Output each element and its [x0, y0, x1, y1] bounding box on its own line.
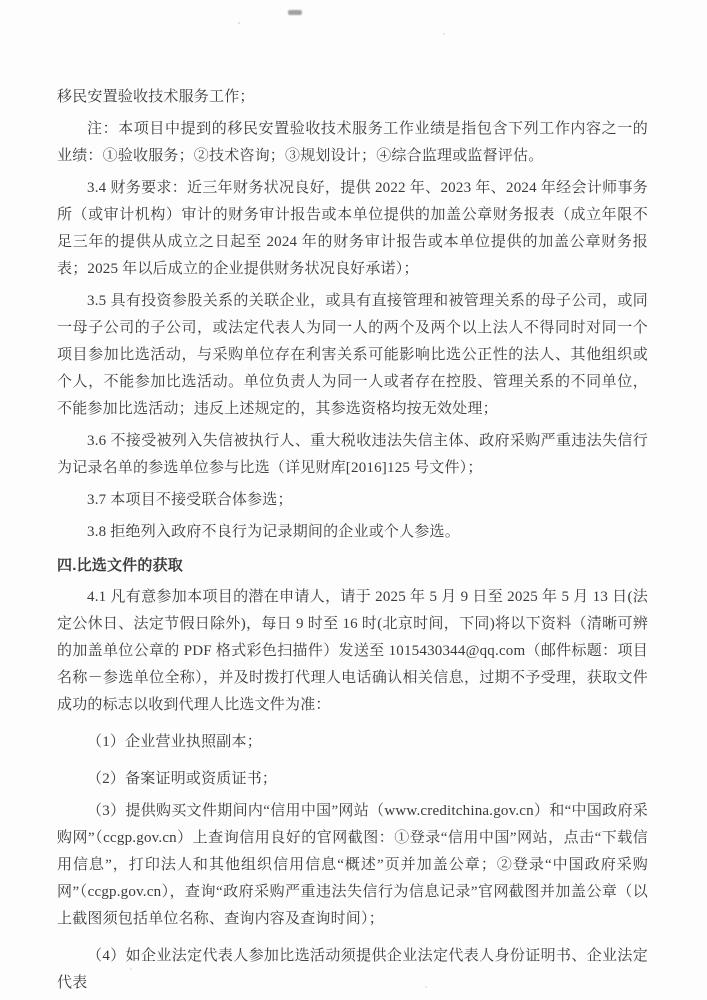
scan-smudge [288, 10, 302, 15]
paragraph-3-6-blacklist: 3.6 不接受被列入失信被执行人、重大税收违法失信主体、政府采购严重违法失信行为… [57, 428, 648, 482]
list-item-3-credit-screens: （3）提供购买文件期间内“信用中国”网站（www.creditchina.gov… [57, 798, 648, 933]
paragraph-continuation: 移民安置验收技术服务工作； [57, 84, 648, 111]
section-heading-4: 四.比选文件的获取 [57, 552, 648, 579]
scan-speck [425, 986, 427, 988]
paragraph-3-8-badrecord: 3.8 拒绝列入政府不良行为记录期间的企业或个人参选。 [57, 519, 648, 546]
scan-speck [130, 968, 132, 970]
list-item-4-legal-rep: （4）如企业法定代表人参加比选活动须提供企业法定代表人身份证明书、企业法定代表 [57, 943, 648, 997]
list-item-2-certificate: （2）备案证明或资质证书； [57, 766, 648, 793]
paragraph-4-1-obtain-docs: 4.1 凡有意参加本项目的潜在申请人，请于 2025 年 5 月 9 日至 20… [57, 584, 648, 719]
document-page: 移民安置验收技术服务工作； 注：本项目中提到的移民安置验收技术服务工作业绩是指包… [57, 84, 648, 997]
scan-speck [238, 22, 240, 24]
scan-speck [443, 33, 445, 35]
paragraph-3-4-finance: 3.4 财务要求：近三年财务状况良好，提供 2022 年、2023 年、2024… [57, 175, 648, 283]
paragraph-3-5-affiliates: 3.5 具有投资参股关系的关联企业，或具有直接管理和被管理关系的母子公司，或同一… [57, 288, 648, 423]
paragraph-note: 注：本项目中提到的移民安置验收技术服务工作业绩是指包含下列工作内容之一的业绩：①… [57, 116, 648, 170]
list-item-1-license: （1）企业营业执照副本； [57, 729, 648, 756]
paragraph-3-7-consortium: 3.7 本项目不接受联合体参选； [57, 487, 648, 514]
